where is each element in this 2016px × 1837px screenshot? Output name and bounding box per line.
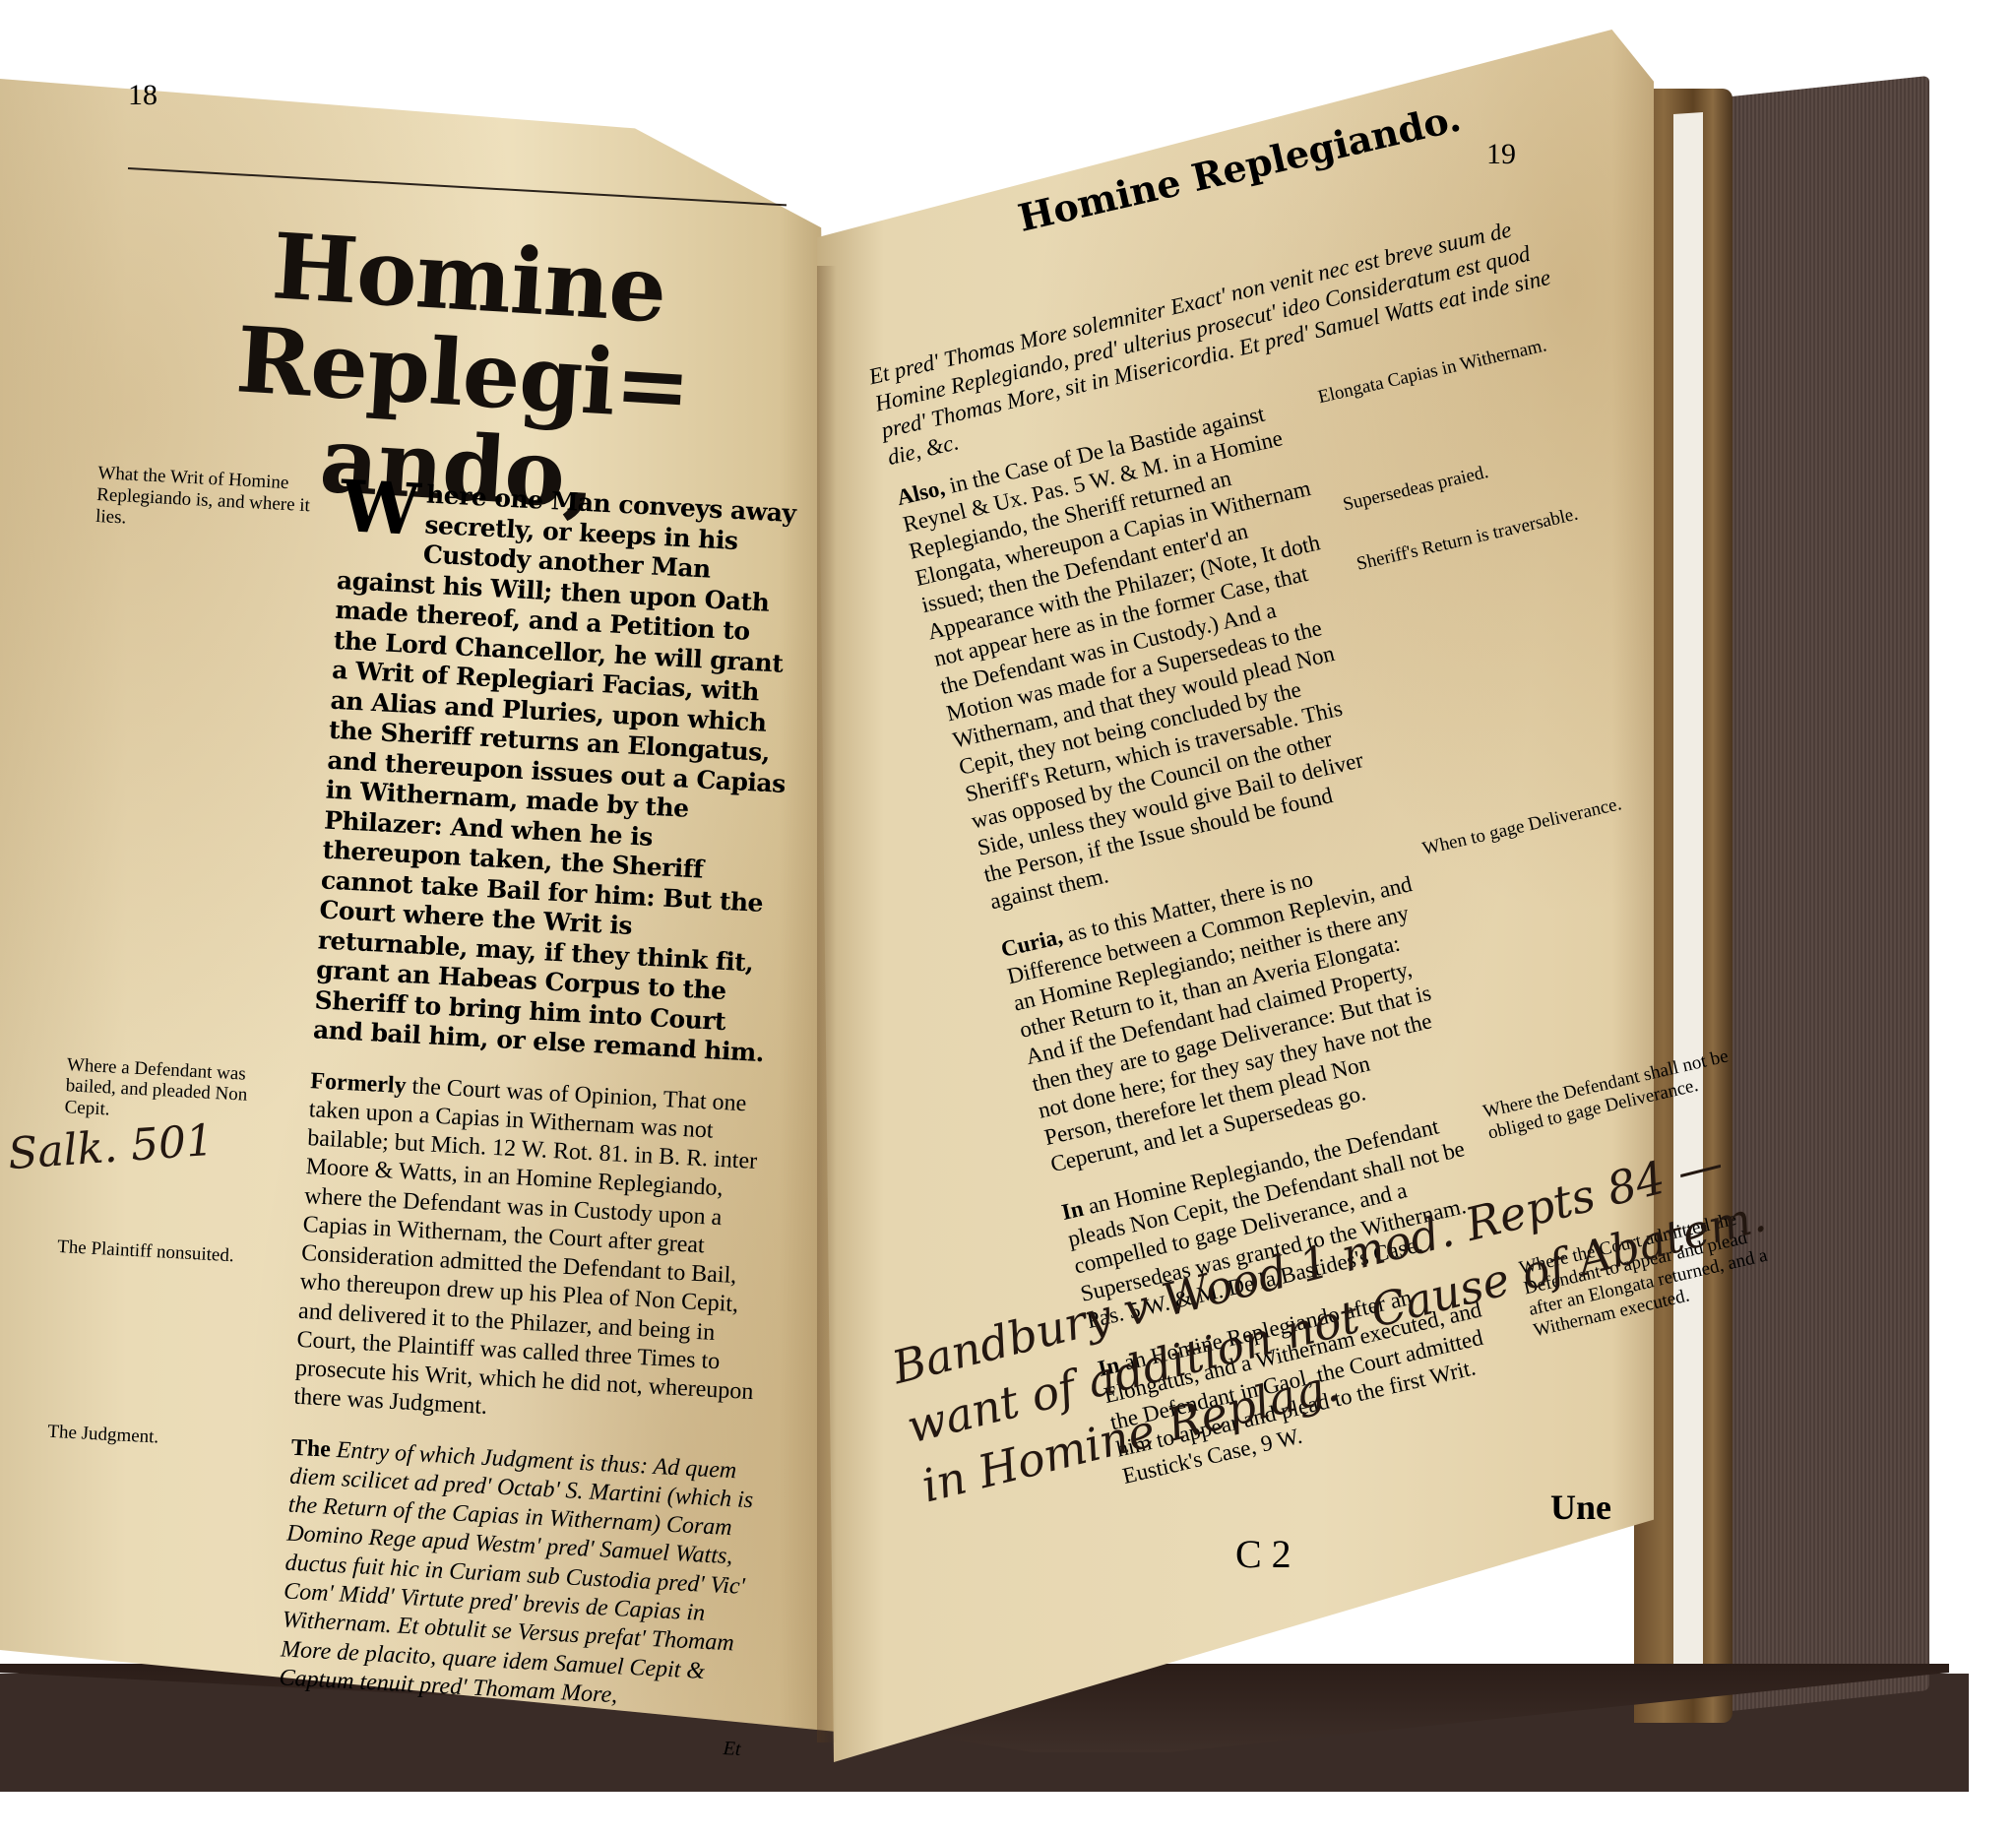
paragraph-text: here one Man conveys away secretly, or k… [312,479,796,1067]
left-page-body: What the Writ of Homine Replegiando is, … [32,463,806,1761]
paragraph-text: the Court was of Opinion, That one taken… [293,1073,758,1420]
drop-cap: W [339,475,420,539]
paragraph-lead: Formerly [310,1068,408,1099]
catchword: Une [1550,1487,1611,1528]
paragraph-lead: The [290,1434,331,1462]
section: The Judgment. The Entry of which Judgmen… [34,1421,756,1717]
paragraph-lead: In [1059,1196,1086,1225]
paragraph: The Entry of which Judgment is thus: Ad … [279,1433,756,1717]
right-page-number: 19 [1486,138,1516,171]
signature-mark: C 2 [1235,1531,1291,1577]
margin-note: Sheriff's Return is traversable. [1354,497,1608,576]
left-page-number: 18 [128,79,157,112]
title-line-1: Homine Replegi= [146,212,787,440]
section: Where a Defendant was bailed, and pleade… [49,1054,775,1436]
paragraph-text: Entry of which Judgment is thus: Ad quem… [279,1437,754,1708]
book-cover-right [1713,76,1929,1713]
margin-note: Supersedeas praied. [1341,437,1595,516]
margin-note: Where a Defendant was bailed, and pleade… [49,1054,293,1412]
margin-note: What the Writ of Homine Replegiando is, … [69,463,325,1045]
section: What the Writ of Homine Replegiando is, … [69,463,806,1069]
paragraph: W here one Man conveys away secretly, or… [312,475,806,1069]
margin-note: The Judgment. [34,1421,274,1691]
gutter-shadow [817,266,837,1742]
paragraph: Formerly the Court was of Opinion, That … [293,1067,776,1436]
margin-note: When to gage Deliverance. [1420,782,1726,1081]
book-photo: 18 Homine Replegi= ando, What the Writ o… [0,0,2016,1837]
margin-note: The Plaintiff nonsuited. [57,1236,284,1270]
